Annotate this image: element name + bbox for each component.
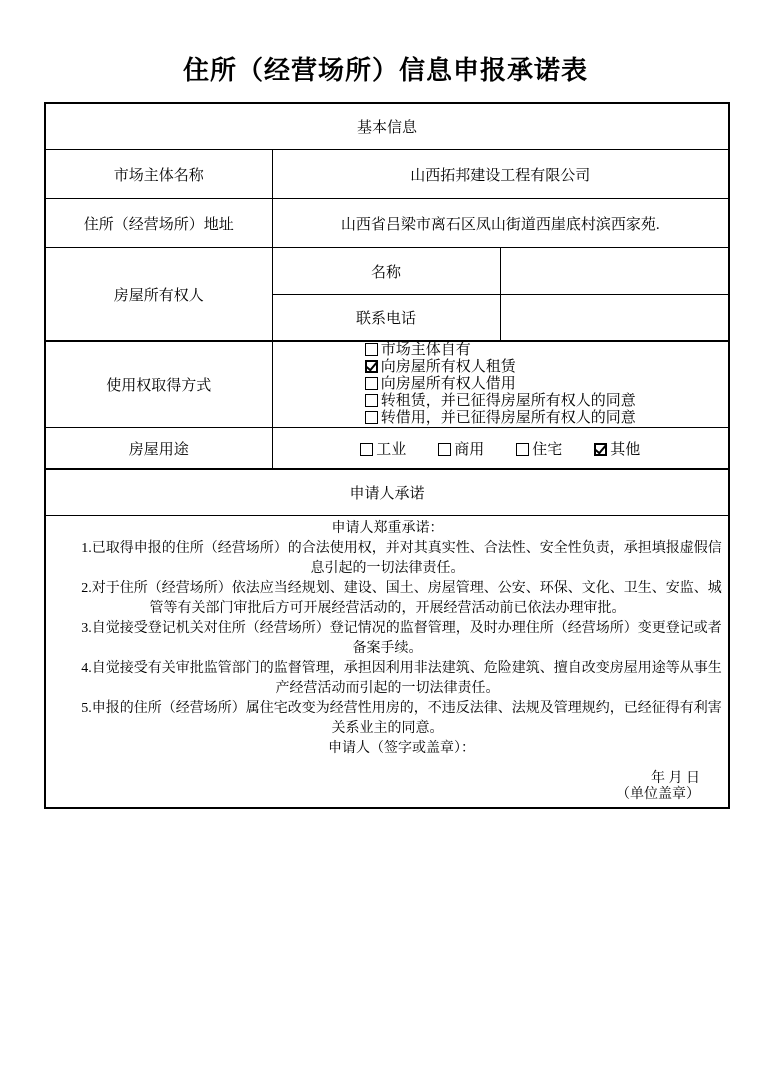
usage-option-sublease: 转租赁，并已征得房屋所有权人的同意: [365, 393, 636, 410]
usage-option-lease-from-owner: 向房屋所有权人租赁: [365, 359, 636, 376]
owner-name-label: 名称: [272, 248, 500, 295]
usage-option-self-owned: 市场主体自有: [365, 342, 636, 359]
commitment-item-5: 5.申报的住所（经营场所）属住宅改变为经营性用房的，不违反法律、法规及管理规约，…: [49, 699, 726, 739]
commitment-cell: 申请人郑重承诺： 1.已取得申报的住所（经营场所）的合法使用权，并对其真实性、合…: [45, 516, 729, 809]
date-seal-block: 年 月 日 （单位盖章）: [49, 771, 726, 803]
address-value: 山西省吕梁市离石区凤山街道西崖底村滨西家苑.: [272, 199, 729, 248]
house-use-row: 房屋用途 工业 商用 住宅 其他: [45, 428, 729, 470]
house-use-option-industrial: 工业: [360, 438, 406, 459]
signature-line: 申请人（签字或盖章）：: [49, 739, 726, 759]
usage-right-label: 使用权取得方式: [45, 341, 272, 428]
usage-option-label: 向房屋所有权人租赁: [381, 359, 516, 375]
house-use-option-other: 其他: [594, 438, 640, 459]
house-use-options-cell: 工业 商用 住宅 其他: [272, 428, 729, 470]
entity-name-row: 市场主体名称 山西拓邦建设工程有限公司: [45, 150, 729, 199]
house-use-option-commercial: 商用: [438, 438, 484, 459]
commitment-item-1: 1.已取得申报的住所（经营场所）的合法使用权，并对其真实性、合法性、安全性负责，…: [49, 539, 726, 579]
house-use-option-label: 住宅: [532, 442, 562, 458]
house-use-options: 工业 商用 住宅 其他: [273, 438, 729, 459]
usage-option-borrow-from-owner: 向房屋所有权人借用: [365, 376, 636, 393]
house-use-label: 房屋用途: [45, 428, 272, 470]
usage-option-label: 转借用，并已征得房屋所有权人的同意: [381, 410, 636, 426]
commitment-text: 申请人郑重承诺： 1.已取得申报的住所（经营场所）的合法使用权，并对其真实性、合…: [46, 516, 728, 807]
owner-label: 房屋所有权人: [45, 248, 272, 342]
commitment-body-row: 申请人郑重承诺： 1.已取得申报的住所（经营场所）的合法使用权，并对其真实性、合…: [45, 516, 729, 809]
commitment-item-2: 2.对于住所（经营场所）依法应当经规划、建设、国土、房屋管理、公安、环保、文化、…: [49, 579, 726, 619]
address-row: 住所（经营场所）地址 山西省吕梁市离石区凤山街道西崖底村滨西家苑.: [45, 199, 729, 248]
checkbox-industrial[interactable]: [360, 443, 373, 456]
checkbox-borrow-from-owner[interactable]: [365, 377, 378, 390]
checkbox-commercial[interactable]: [438, 443, 451, 456]
document-page: 住所（经营场所）信息申报承诺表 基本信息 市场主体名称 山西拓邦建设工程有限公司…: [0, 0, 771, 1090]
checkbox-other[interactable]: [594, 443, 607, 456]
owner-phone-value-cell: [500, 295, 729, 342]
house-use-option-label: 工业: [376, 442, 406, 458]
usage-option-label: 向房屋所有权人借用: [381, 376, 516, 392]
checkbox-sublease[interactable]: [365, 394, 378, 407]
usage-right-options: 市场主体自有 向房屋所有权人租赁 向房屋所有权人借用 转租赁，并已征得房屋所有权…: [365, 342, 636, 427]
commitment-header-row: 申请人承诺: [45, 469, 729, 516]
usage-option-label: 市场主体自有: [381, 342, 471, 358]
declaration-form-table: 基本信息 市场主体名称 山西拓邦建设工程有限公司 住所（经营场所）地址 山西省吕…: [44, 102, 730, 809]
owner-name-row: 房屋所有权人 名称: [45, 248, 729, 295]
entity-name-label: 市场主体名称: [45, 150, 272, 199]
date-line: 年 月 日: [49, 771, 700, 787]
address-label: 住所（经营场所）地址: [45, 199, 272, 248]
checkbox-lease-from-owner[interactable]: [365, 360, 378, 373]
document-title: 住所（经营场所）信息申报承诺表: [0, 50, 771, 87]
basic-info-header-row: 基本信息: [45, 103, 729, 150]
usage-option-subborrow: 转借用，并已征得房屋所有权人的同意: [365, 410, 636, 427]
owner-name-value-cell: [500, 248, 729, 295]
owner-phone-label: 联系电话: [272, 295, 500, 342]
usage-right-options-cell: 市场主体自有 向房屋所有权人租赁 向房屋所有权人借用 转租赁，并已征得房屋所有权…: [272, 341, 729, 428]
commitment-item-3: 3.自觉接受登记机关对住所（经营场所）登记情况的监督管理，及时办理住所（经营场所…: [49, 619, 726, 659]
checkbox-self-owned[interactable]: [365, 343, 378, 356]
basic-info-section-header: 基本信息: [45, 103, 729, 150]
commitment-intro: 申请人郑重承诺：: [49, 519, 726, 539]
seal-line: （单位盖章）: [49, 787, 700, 803]
house-use-option-label: 其他: [610, 442, 640, 458]
house-use-option-label: 商用: [454, 442, 484, 458]
usage-option-label: 转租赁，并已征得房屋所有权人的同意: [381, 393, 636, 409]
checkbox-residential[interactable]: [516, 443, 529, 456]
entity-name-value: 山西拓邦建设工程有限公司: [272, 150, 729, 199]
commitment-item-4: 4.自觉接受有关审批监管部门的监督管理，承担因利用非法建筑、危险建筑、擅自改变房…: [49, 659, 726, 699]
usage-right-row: 使用权取得方式 市场主体自有 向房屋所有权人租赁 向房屋所有权人借用: [45, 341, 729, 428]
house-use-option-residential: 住宅: [516, 438, 562, 459]
checkbox-subborrow[interactable]: [365, 411, 378, 424]
commitment-section-header: 申请人承诺: [45, 469, 729, 516]
